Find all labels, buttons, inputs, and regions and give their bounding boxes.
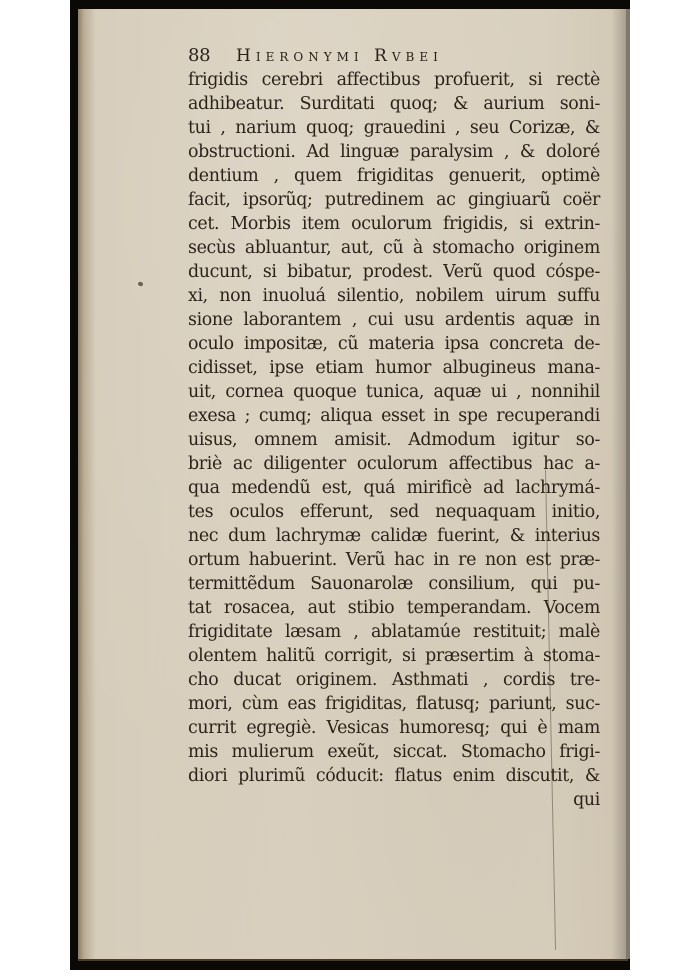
text-line: cho ducat originem. Asthmati , cordis tr… <box>188 668 600 692</box>
text-line: tat rosacea, aut stibio temperandam. Voc… <box>188 596 600 620</box>
text-line: ortum habuerint. Verũ hac in re non est … <box>188 548 600 572</box>
text-line: tes oculos efferunt, sed nequaquam initi… <box>188 500 600 524</box>
text-line: xi, non inuoluá silentio, nobilem uirum … <box>188 284 600 308</box>
text-block: 88 Hieronymi Rvbei frigidis cerebri affe… <box>188 44 600 812</box>
text-line: oculo impositæ, cũ materia ipsa concreta… <box>188 332 600 356</box>
text-line: frigiditate læsam , ablatamúe restituit;… <box>188 620 600 644</box>
text-line: obstructioni. Ad linguæ paralysim , & do… <box>188 140 600 164</box>
text-line: dentium , quem frigiditas genuerit, opti… <box>188 164 600 188</box>
text-line: briè ac diligenter oculorum affectibus h… <box>188 452 600 476</box>
text-line: secùs abluantur, aut, cũ à stomacho orig… <box>188 236 600 260</box>
text-line: qua medendũ est, quá mirificè ad lachrym… <box>188 476 600 500</box>
text-line: uisus, omnem amisit. Admodum igitur so- <box>188 428 600 452</box>
text-line: currit egregiè. Vesicas humoresq; qui è … <box>188 716 600 740</box>
text-line: facit, ipsorũq; putredinem ac gingiuarũ … <box>188 188 600 212</box>
text-line: ducunt, si bibatur, prodest. Verũ quod c… <box>188 260 600 284</box>
text-line: termittẽdum Sauonarolæ consilium, qui pu… <box>188 572 600 596</box>
text-line: diori plurimũ códucit: flatus enim discu… <box>188 764 600 788</box>
text-line: exesa ; cumq; aliqua esset in spe recupe… <box>188 404 600 428</box>
page-header: 88 Hieronymi Rvbei <box>188 44 600 68</box>
text-line: uit, cornea quoque tunica, aquæ ui , non… <box>188 380 600 404</box>
page-edge <box>626 9 630 959</box>
text-line: cet. Morbis item oculorum frigidis, si e… <box>188 212 600 236</box>
catchword: qui <box>188 788 600 812</box>
text-line: mori, cùm eas frigiditas, flatusq; pariu… <box>188 692 600 716</box>
text-line: tui , narium quoq; grauedini , seu Coriz… <box>188 116 600 140</box>
text-line: mis mulierum exeũt, siccat. Stomacho fri… <box>188 740 600 764</box>
text-line: olentem halitũ corrigit, si præsertim à … <box>188 644 600 668</box>
text-line: adhibeatur. Surditati quoq; & aurium son… <box>188 92 600 116</box>
text-line: nec dum lachrymæ calidæ fuerint, & inter… <box>188 524 600 548</box>
running-head: Hieronymi Rvbei <box>236 44 443 68</box>
text-line: cidisset, ipse etiam humor albugineus ma… <box>188 356 600 380</box>
text-line: sione laborantem , cui usu ardentis aquæ… <box>188 308 600 332</box>
page-number: 88 <box>188 44 236 68</box>
text-line: frigidis cerebri affectibus profuerit, s… <box>188 68 600 92</box>
